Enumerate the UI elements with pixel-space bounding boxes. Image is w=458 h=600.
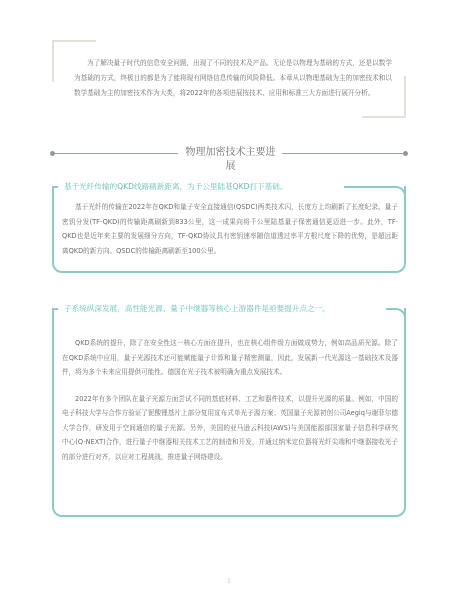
divider-line bbox=[54, 153, 178, 154]
divider-dot-icon bbox=[403, 151, 408, 156]
page-number: 1 bbox=[0, 578, 458, 585]
card-paragraph: 基于光纤的传输在2022年在QKD和量子安全直接通信(QSDC)两类技术闪，长度… bbox=[62, 200, 398, 258]
intro-paragraph: 为了解决量子时代的信息安全问题，出现了不同的技术及产品。无论是以物理为基础的方式… bbox=[74, 56, 392, 101]
card-paragraph: QKD系统的提升，除了在安全性这一核心方面在提升，也在核心组件级方面做成势力，例… bbox=[62, 336, 398, 380]
card-corner-tick bbox=[52, 186, 60, 198]
section-title: 物理加密技术主要进展 bbox=[183, 146, 278, 174]
card-heading: 基于光纤传输的QKD线路刷新距离，为千公里陆基QKD打下基础。 bbox=[64, 181, 291, 193]
card-corner-curve bbox=[385, 308, 406, 324]
card-body: 基于光纤的传输在2022年在QKD和量子安全直接通信(QSDC)两类技术闪，长度… bbox=[62, 200, 398, 258]
card-paragraph: 2022年有多个团队在量子光源方面尝试不同的基底材料、工艺和器件技术，以提升光源… bbox=[62, 392, 398, 465]
divider-line bbox=[282, 153, 404, 154]
card-body: QKD系统的提升，除了在安全性这一核心方面在提升，也在核心组件级方面做成势力，例… bbox=[62, 336, 398, 464]
progress-card-subsystem: 子系统纵深发展，高性能光源、量子中继器等核心上游器件是亟要提升点之一。 QKD系… bbox=[52, 308, 406, 517]
section-heading: 物理加密技术主要进展 bbox=[50, 148, 408, 182]
card-heading: 子系统纵深发展，高性能光源、量子中继器等核心上游器件是亟要提升点之一。 bbox=[64, 303, 386, 315]
intro-block: 为了解决量子时代的信息安全问题，出现了不同的技术及产品。无论是以物理为基础的方式… bbox=[52, 40, 406, 118]
card-corner-tick bbox=[52, 308, 60, 320]
progress-card-fiber-qkd: 基于光纤传输的QKD线路刷新距离，为千公里陆基QKD打下基础。 基于光纤的传输在… bbox=[52, 186, 406, 273]
